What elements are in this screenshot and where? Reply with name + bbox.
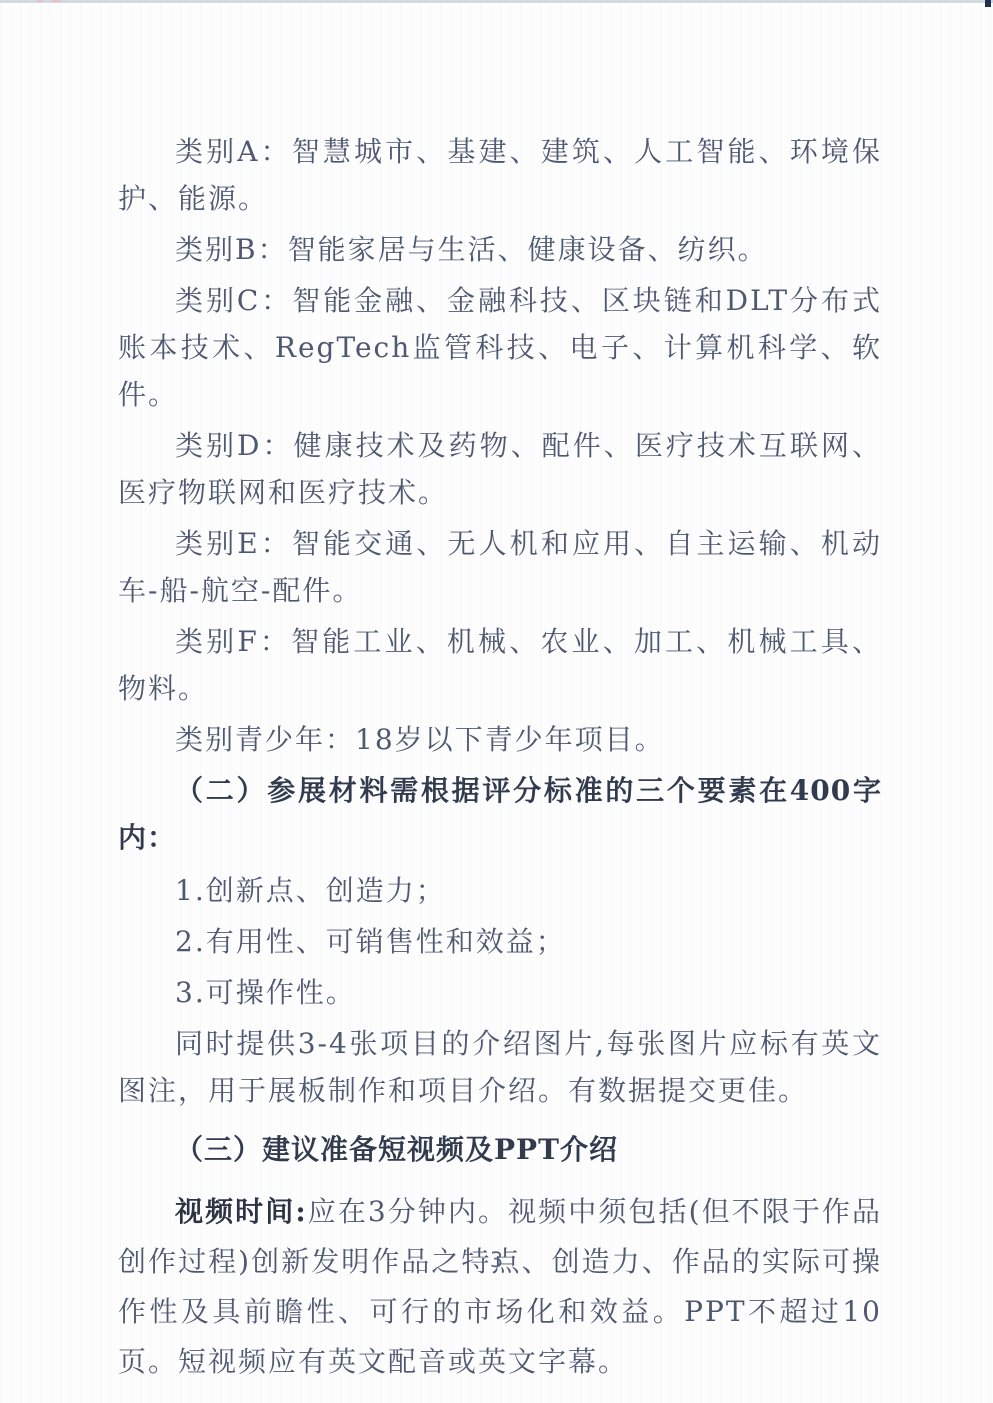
section-2-heading: （二）参展材料需根据评分标准的三个要素在400字内： [118,767,882,861]
paragraph-images-note: 同时提供3-4张项目的介绍图片,每张图片应标有英文图注，用于展板制作和项目介绍。… [118,1020,882,1114]
page-number: 3 [490,1248,503,1272]
paragraph-category-d: 类别D：健康技术及药物、配件、医疗技术互联网、医疗物联网和医疗技术。 [118,422,882,516]
page-footer: 3 [0,1248,993,1272]
document-page: 类别A：智慧城市、基建、建筑、人工智能、环境保护、能源。 类别B：智能家居与生活… [0,0,993,1403]
scan-speck [52,0,61,2]
paragraph-item-2: 2.有用性、可销售性和效益； [118,918,882,965]
paragraph-category-a: 类别A：智慧城市、基建、建筑、人工智能、环境保护、能源。 [118,128,882,222]
document-body: 类别A：智慧城市、基建、建筑、人工智能、环境保护、能源。 类别B：智能家居与生活… [118,128,882,1391]
paragraph-category-youth: 类别青少年：18岁以下青少年项目。 [118,716,882,763]
scan-corner-mark [985,0,991,7]
paragraph-item-1: 1.创新点、创造力； [118,867,882,914]
paragraph-category-f: 类别F：智能工业、机械、农业、加工、机械工具、物料。 [118,618,882,712]
paragraph-category-e: 类别E：智能交通、无人机和应用、自主运输、机动车-船-航空-配件。 [118,520,882,614]
scan-speck [37,0,43,2]
paragraph-item-3: 3.可操作性。 [118,969,882,1016]
paragraph-category-c: 类别C：智能金融、金融科技、区块链和DLT分布式账本技术、RegTech监管科技… [118,277,882,418]
video-time-label: 视频时间: [175,1195,308,1228]
scan-edge-strip [0,0,993,3]
paragraph-video-requirements: 视频时间:应在3分钟内。视频中须包括(但不限于作品创作过程)创新发明作品之特点、… [118,1187,882,1387]
section-3-heading: （三）建议准备短视频及PPT介绍 [118,1126,882,1173]
paragraph-category-b: 类别B：智能家居与生活、健康设备、纺织。 [118,226,882,273]
